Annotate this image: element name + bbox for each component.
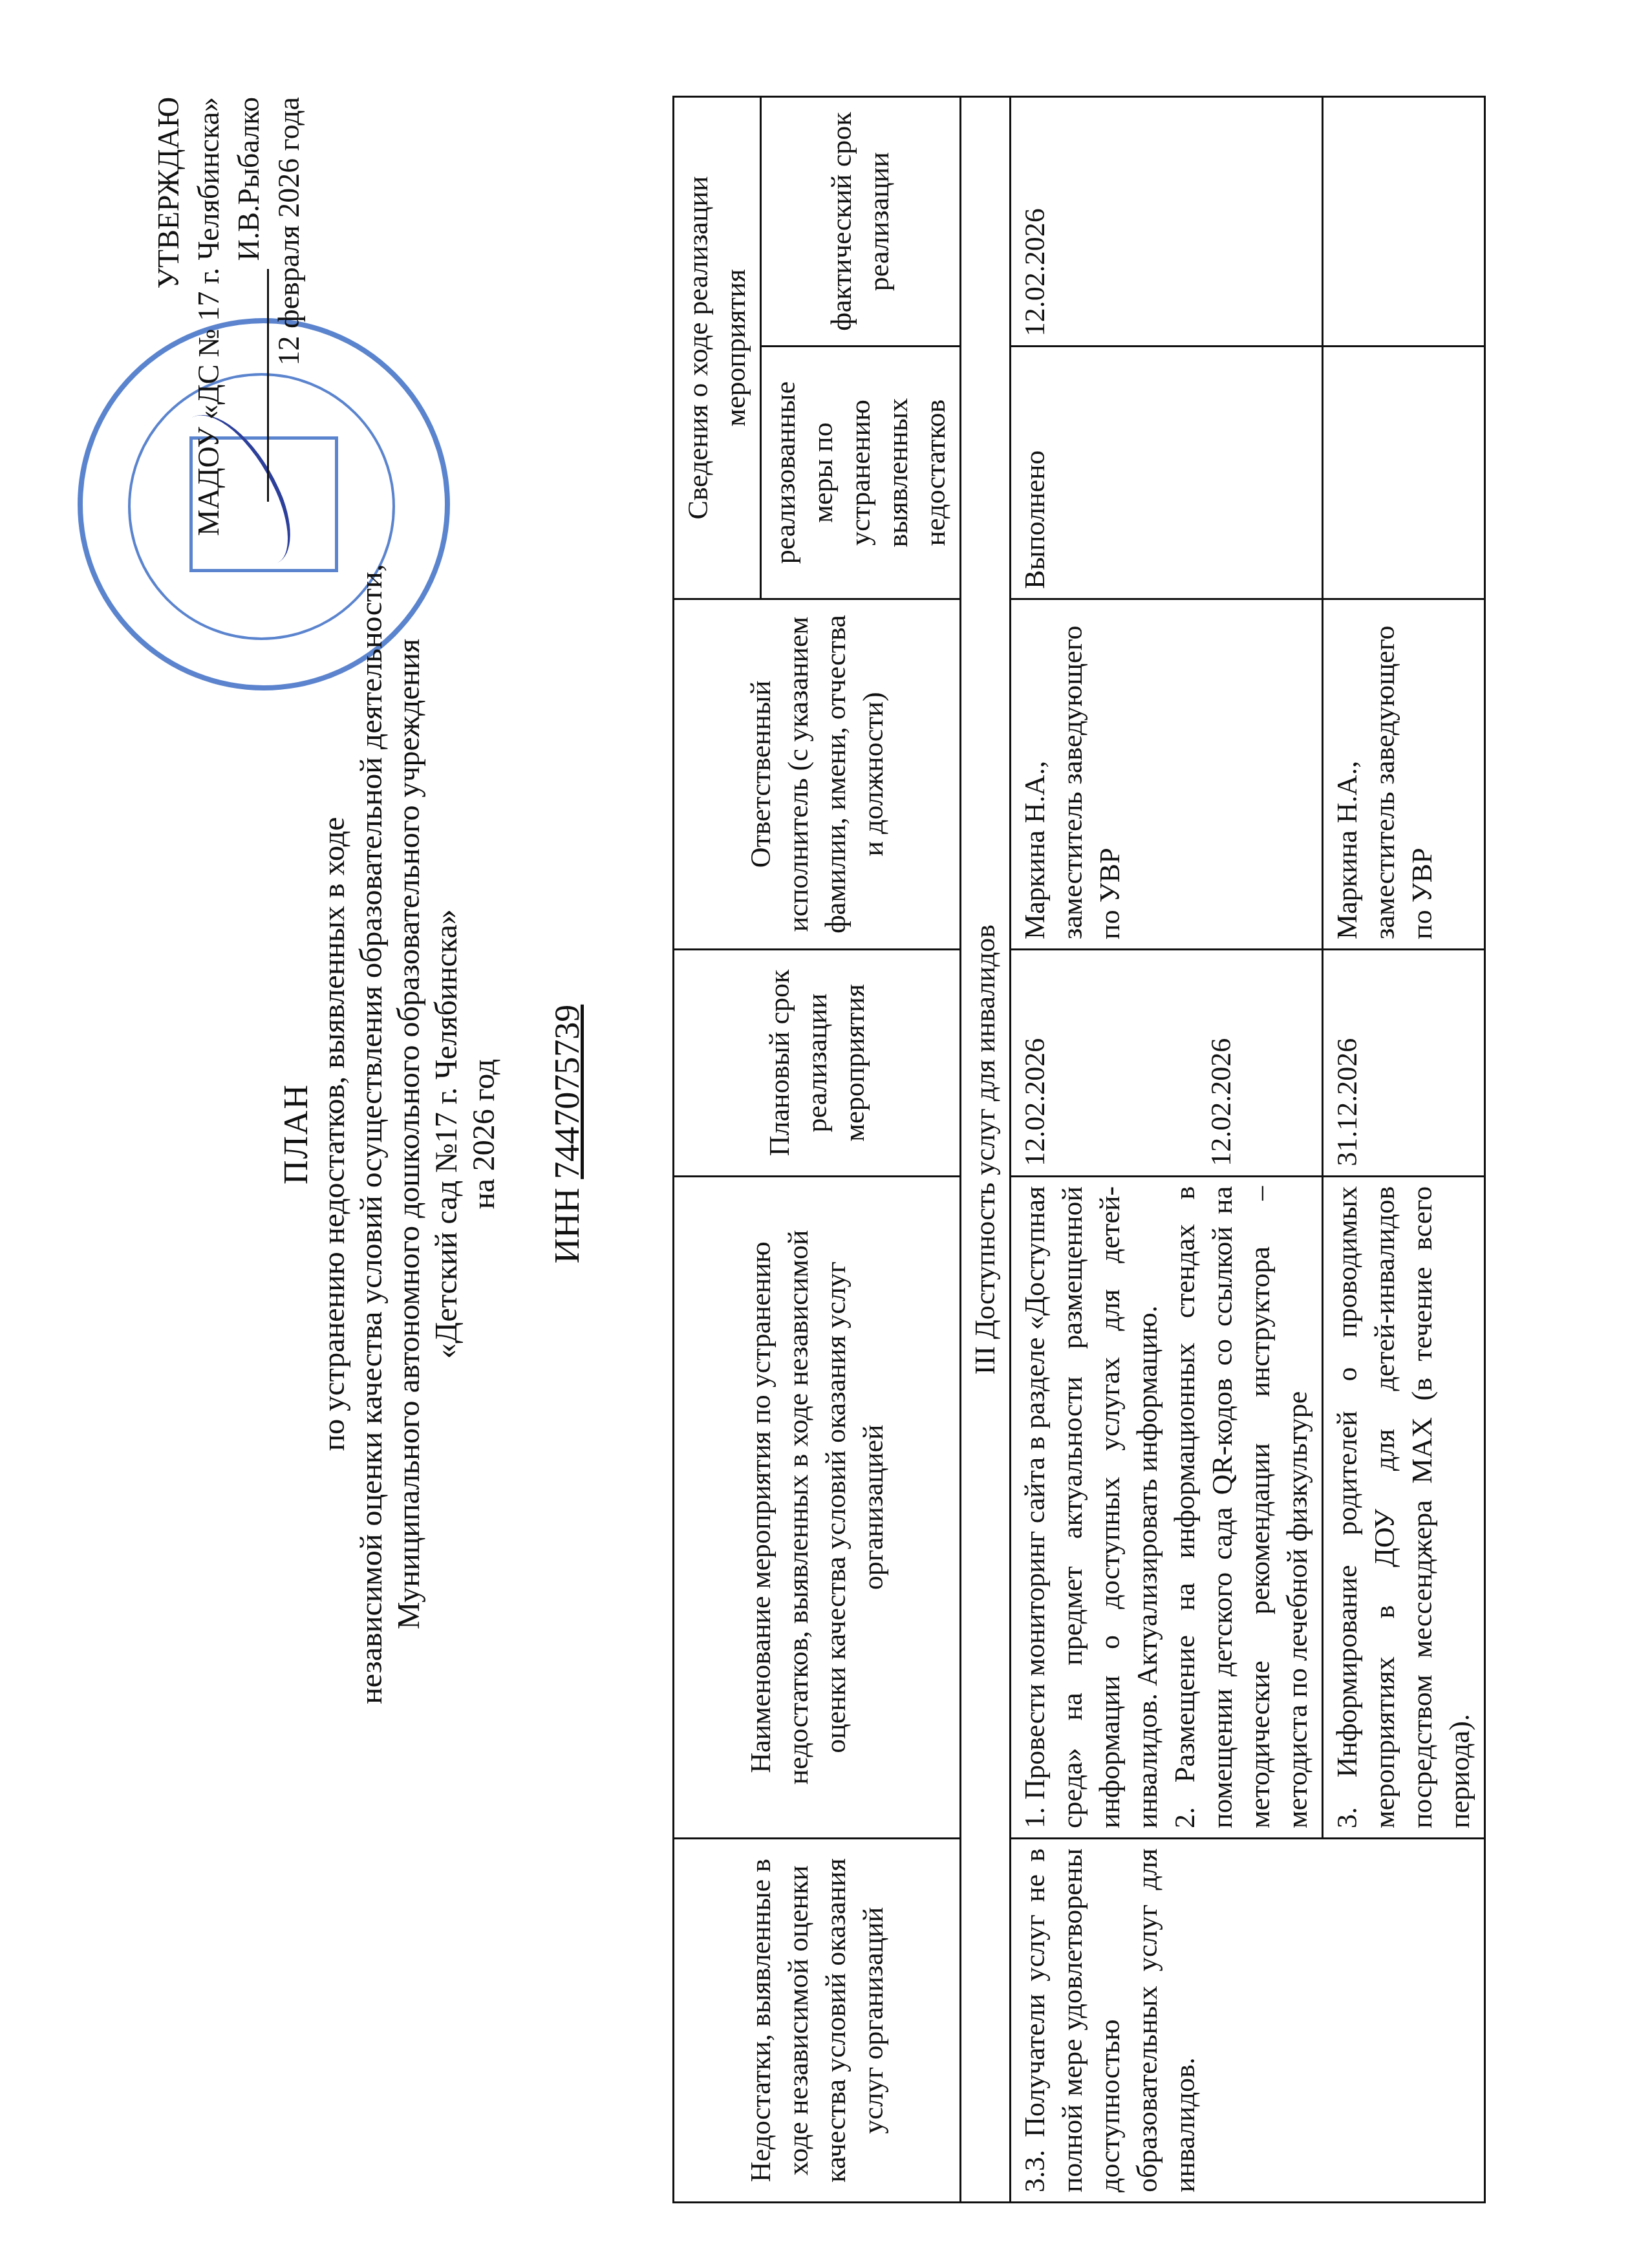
section-title: III Доступность услуг для инвалидов xyxy=(961,97,1011,2203)
shortcoming-cell: 3.3. Получатели услуг не в полной мере у… xyxy=(1011,1838,1485,2202)
header-responsible: Ответственный исполнитель (с указанием ф… xyxy=(674,599,961,950)
header-implemented: реализованные меры по устранению выявлен… xyxy=(761,347,961,599)
header-progress: Сведения о ходе реализации мероприятия xyxy=(674,97,761,599)
title-line-4: «Детский сад №17 г. Челябинска» xyxy=(428,0,466,2268)
plan-table: Недостатки, выявленные в ходе независимо… xyxy=(672,96,1486,2203)
measure-cell: 1. Провести мониторинг сайта в разделе «… xyxy=(1011,1176,1323,1838)
header-measures: Наименование мероприятия по устранению н… xyxy=(674,1176,961,1838)
responsible-cell: Маркина Н.А., заместитель заведующего по… xyxy=(1011,599,1323,950)
header-deadline: Плановый срок реализации мероприятия xyxy=(674,949,961,1176)
table-row: 3.3. Получатели услуг не в полной мере у… xyxy=(1011,97,1323,2203)
measure-1: 1. Провести мониторинг сайта в разделе «… xyxy=(1016,1186,1166,1828)
inn-value: 7447075739 xyxy=(548,1005,586,1179)
inn-label: ИНН xyxy=(548,1188,586,1263)
signature-line xyxy=(241,269,269,502)
implemented-cell: Выполнено xyxy=(1011,347,1323,599)
measure-2: 2. Размещение на информационных стендах … xyxy=(1166,1186,1316,1828)
section-row: III Доступность услуг для инвалидов xyxy=(961,97,1011,2203)
approval-label: УТВЕРЖДАЮ xyxy=(149,97,189,679)
measure-cell: 3. Информирование родителей о проводимых… xyxy=(1323,1176,1485,1838)
deadline-cell: 31.12.2026 xyxy=(1323,949,1485,1176)
actual-date-cell: 12.02.2026 xyxy=(1011,97,1323,347)
responsible-cell: Маркина Н.А., заместитель заведующего по… xyxy=(1323,599,1485,950)
table-header-row: Недостатки, выявленные в ходе независимо… xyxy=(674,97,761,2203)
deadline-1: 12.02.2026 xyxy=(1016,959,1054,1166)
implemented-cell xyxy=(1323,347,1485,599)
header-actual-date: фактический срок реализации xyxy=(761,97,961,347)
document-page: УТВЕРЖДАЮ МАДОУ «ДС № 17 г. Челябинска» … xyxy=(0,0,1650,2268)
title-line-3: Муниципального автономного дошкольного о… xyxy=(391,0,428,2268)
document-title: ПЛАН по устранению недостатков, выявленн… xyxy=(278,0,586,2268)
deadline-2: 12.02.2026 xyxy=(1203,959,1240,1166)
title-line-2: независимой оценки качества условий осущ… xyxy=(353,0,391,2268)
approval-org: МАДОУ «ДС № 17 г. Челябинска» xyxy=(189,97,229,679)
title-line-1: по устранению недостатков, выявленных в … xyxy=(316,0,353,2268)
title-heading: ПЛАН xyxy=(278,0,316,2268)
inn: ИНН 7447075739 xyxy=(548,0,586,2268)
deadline-cell: 12.02.2026 12.02.2026 xyxy=(1011,949,1323,1176)
approval-signer: И.В.Рыбалко xyxy=(232,97,265,261)
actual-date-cell xyxy=(1323,97,1485,347)
title-line-5: на 2026 год xyxy=(466,0,503,2268)
approval-signer-line: И.В.Рыбалко xyxy=(229,97,269,679)
header-shortcomings: Недостатки, выявленные в ходе независимо… xyxy=(674,1838,961,2202)
